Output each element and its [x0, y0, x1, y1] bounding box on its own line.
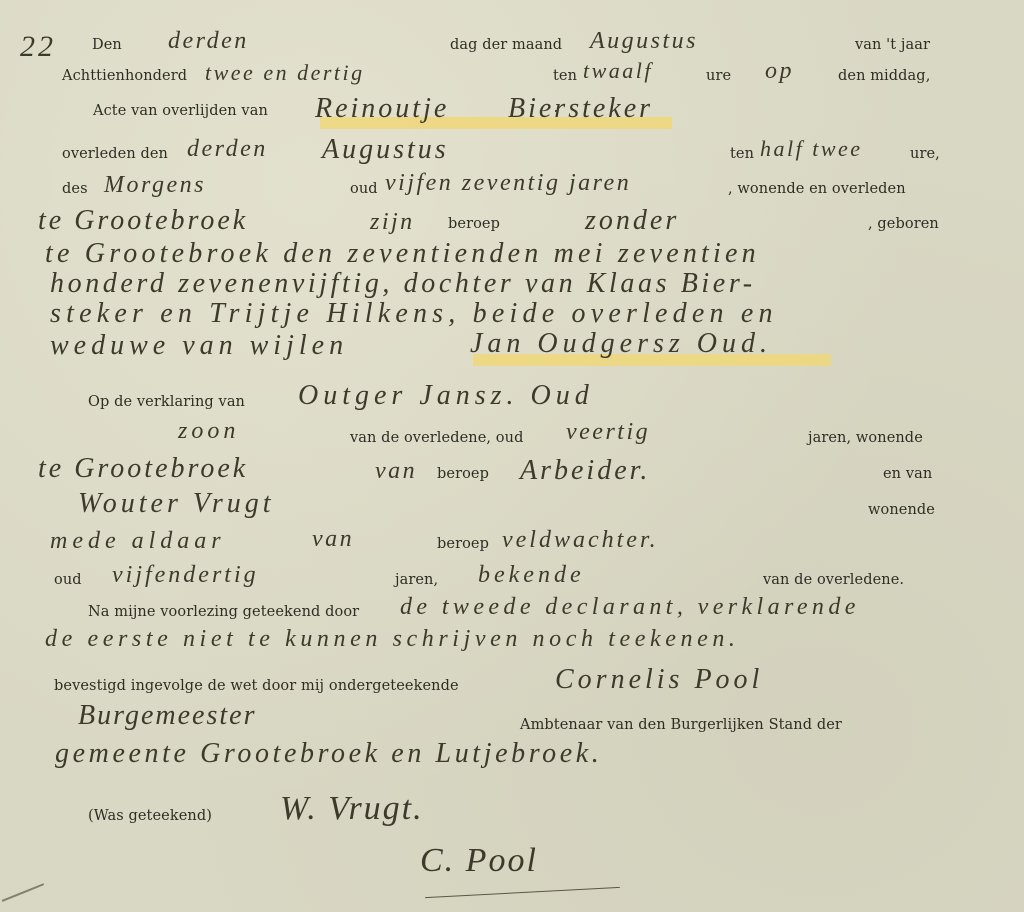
act-number: 22 [20, 30, 56, 64]
label-van-t-jaar: van 't jaar [855, 37, 930, 53]
hw-birth-line-1: te Grootebroek den zeventienden mei zeve… [45, 238, 760, 270]
hw-declarant2-age: vijfendertig [112, 562, 259, 589]
hw-deceased-last: Biersteker [508, 93, 653, 125]
label-bevestigd: bevestigd ingevolge de wet door mij onde… [54, 678, 459, 694]
hw-declarant2-occupation: veldwachter. [502, 527, 659, 554]
label-ten-2: ten [730, 146, 754, 162]
signature-pool: C. Pool [420, 842, 538, 880]
hw-declarant1-occupation: Arbeider. [520, 455, 650, 487]
hw-month: Augustus [590, 28, 698, 55]
hw-declarant2-van: van [312, 526, 354, 553]
death-certificate-page: 22 Den derden dag der maand Augustus van… [0, 0, 1024, 912]
hw-official-name: Cornelis Pool [555, 664, 763, 696]
hw-declarant1-name: Outger Jansz. Oud [298, 380, 594, 412]
hw-signed-by-line-1: de tweede declarant, verklarende [400, 594, 860, 621]
hw-declarant1-relation: zoon [178, 418, 239, 445]
label-ten: ten [553, 68, 577, 84]
hw-occupation: zonder [585, 205, 679, 237]
hw-declarant2-name: Wouter Vrugt [78, 488, 275, 520]
hw-official-title: Burgemeester [78, 700, 256, 732]
hw-death-day: derden [187, 136, 268, 163]
hw-death-hour: half twee [760, 136, 863, 162]
label-jaren-wonende: jaren, wonende [808, 430, 923, 446]
margin-pen-stroke [2, 883, 44, 901]
label-en-van: en van [883, 466, 932, 482]
label-oud: oud [350, 181, 378, 197]
pen-stroke-mark [555, 110, 558, 112]
label-ure-2: ure, [910, 146, 940, 162]
label-na-mijne-voorlezing: Na mijne voorlezing geteekend door [88, 604, 359, 620]
label-op-de-verklaring: Op de verklaring van [88, 394, 245, 410]
label-ambtenaar: Ambtenaar van den Burgerlijken Stand der [520, 717, 842, 733]
hw-municipality: gemeente Grootebroek en Lutjebroek. [55, 738, 602, 770]
hw-birth-line-3: steker en Trijtje Hilkens, beide overled… [50, 298, 778, 330]
hw-declarant1-residence: te Grootebroek [38, 453, 248, 485]
label-van-de-overledene-oud: van de overledene, oud [350, 430, 523, 446]
label-was-geteekend: (Was geteekend) [88, 808, 212, 824]
hw-time-of-day: Morgens [104, 172, 206, 199]
hw-death-month: Augustus [322, 134, 449, 166]
label-oud-2: oud [54, 572, 82, 588]
label-des: des [62, 181, 88, 197]
label-geboren: , geboren [868, 216, 939, 232]
label-ure: ure [706, 68, 731, 84]
label-den-middag: den middag, [838, 68, 930, 84]
label-beroep-2: beroep [437, 466, 489, 482]
signature-vrugt: W. Vrugt. [280, 790, 424, 828]
label-wonende-en-overleden: , wonende en overleden [728, 181, 906, 197]
label-overleden-den: overleden den [62, 146, 168, 162]
hw-deceased-first: Reinoutje [315, 93, 449, 125]
hw-age: vijfen zeventig jaren [385, 170, 631, 197]
label-beroep: beroep [448, 216, 500, 232]
hw-declarant1-age: veertig [566, 419, 650, 446]
label-beroep-3: beroep [437, 536, 489, 552]
label-van-de-overledene: van de overledene. [763, 572, 904, 588]
hw-declarant2-relation: bekende [478, 562, 585, 589]
hw-year: twee en dertig [205, 60, 365, 86]
hw-birth-line-2: honderd zevenenvijftig, dochter van Klaa… [50, 268, 756, 300]
hw-declarant2-residence: mede aldaar [50, 528, 226, 555]
label-dag-der-maand: dag der maand [450, 37, 562, 53]
label-wonende-2: wonende [868, 502, 935, 518]
label-den: Den [92, 37, 122, 53]
hw-hour: twaalf [583, 58, 653, 84]
hw-signed-by-line-2: de eerste niet te kunnen schrijven noch … [45, 626, 740, 653]
hw-declarant1-van: van [375, 458, 417, 485]
hw-op: op [765, 58, 794, 85]
hw-zijn: zijn [370, 209, 415, 236]
hw-day: derden [168, 28, 249, 55]
hw-spouse: Jan Oudgersz Oud. [470, 328, 772, 360]
hw-residence: te Grootebroek [38, 205, 248, 237]
signature-underline [425, 887, 620, 898]
label-jaren: jaren, [395, 572, 438, 588]
label-acte-van-overlijden: Acte van overlijden van [93, 103, 268, 119]
hw-birth-line-4: weduwe van wijlen [50, 330, 348, 362]
label-achttienhonderd: Achttienhonderd [62, 68, 187, 84]
